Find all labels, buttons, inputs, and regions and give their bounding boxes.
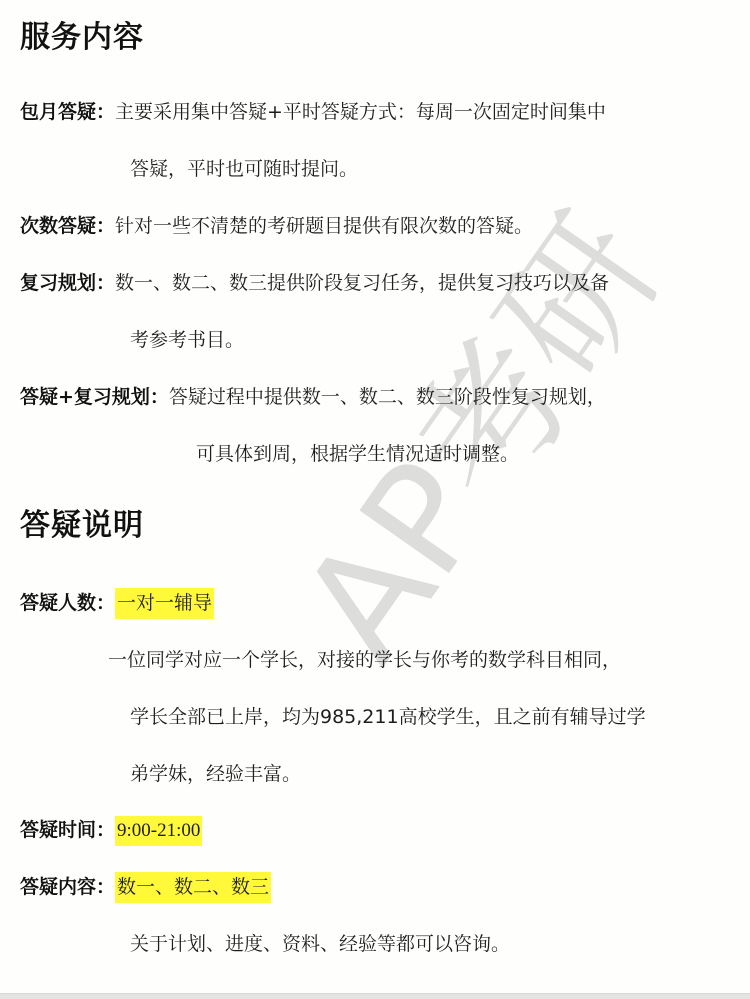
highlight-value: 一对一辅导 — [115, 588, 214, 619]
item-label: 答疑+复习规划： — [20, 386, 169, 408]
watermark: AP考研 — [240, 166, 700, 694]
item-text: 答疑过程中提供数一、数二、数三阶段性复习规划， — [169, 386, 606, 408]
qa-item-count: 答疑人数：一对一辅导 — [20, 591, 214, 615]
service-item-count: 次数答疑：针对一些不清楚的考研题目提供有限次数的答疑。 — [20, 214, 533, 238]
item-label: 答疑时间： — [20, 819, 115, 841]
qa-item-time: 答疑时间：9:00-21:00 — [20, 818, 202, 843]
service-item-qa-plus-plan: 答疑+复习规划：答疑过程中提供数一、数二、数三阶段性复习规划， — [20, 385, 606, 409]
item-text: 主要采用集中答疑+平时答疑方式：每周一次固定时间集中 — [115, 101, 606, 123]
item-text-continued: 弟学妹，经验丰富。 — [130, 762, 301, 786]
item-text-continued: 答疑，平时也可随时提问。 — [130, 157, 358, 181]
highlight-value: 9:00-21:00 — [115, 816, 202, 846]
qa-item-content: 答疑内容：数一、数二、数三 — [20, 875, 271, 899]
item-label: 答疑人数： — [20, 592, 115, 614]
item-text: 一位同学对应一个学长，对接的学长与你考的数学科目相同， — [108, 648, 621, 672]
item-text: 针对一些不清楚的考研题目提供有限次数的答疑。 — [115, 215, 533, 237]
service-item-monthly: 包月答疑：主要采用集中答疑+平时答疑方式：每周一次固定时间集中 — [20, 100, 606, 124]
item-label: 包月答疑： — [20, 101, 115, 123]
item-text-continued: 考参考书目。 — [130, 328, 244, 352]
highlight-value: 数一、数二、数三 — [115, 872, 271, 903]
section-title-qa-description: 答疑说明 — [20, 500, 144, 544]
item-text: 关于计划、进度、资料、经验等都可以咨询。 — [130, 932, 510, 956]
item-label: 复习规划： — [20, 272, 115, 294]
bottom-divider — [0, 993, 750, 999]
section-title-service-content: 服务内容 — [20, 12, 144, 56]
item-text-continued: 可具体到周，根据学生情况适时调整。 — [196, 442, 519, 466]
item-text: 数一、数二、数三提供阶段复习任务，提供复习技巧以及备 — [115, 272, 609, 294]
item-label: 次数答疑： — [20, 215, 115, 237]
service-item-review-plan: 复习规划：数一、数二、数三提供阶段复习任务，提供复习技巧以及备 — [20, 271, 609, 295]
item-text-continued: 学长全部已上岸，均为985,211高校学生，且之前有辅导过学 — [130, 705, 646, 729]
item-label: 答疑内容： — [20, 876, 115, 898]
